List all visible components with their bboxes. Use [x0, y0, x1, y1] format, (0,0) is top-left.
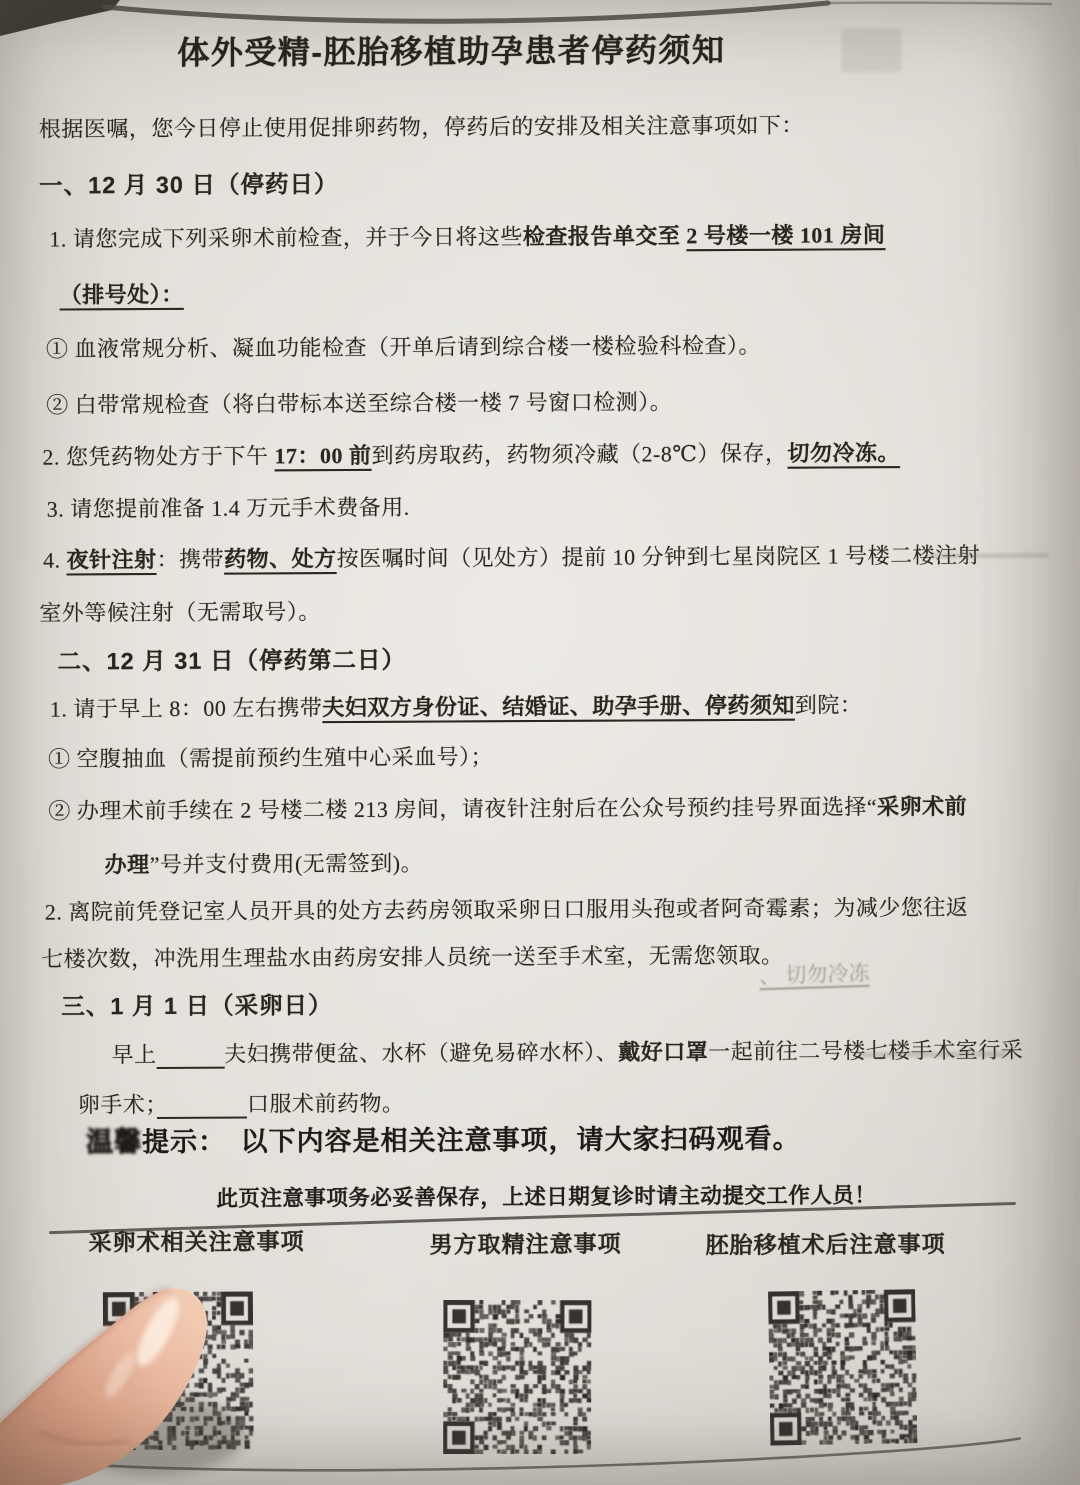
paragraph: 2. 离院前凭登记室人员开具的处方去药房领取采卵日口服用头孢或者阿奇霉素；为减少… — [45, 891, 969, 927]
show-through-mark — [929, 553, 1049, 558]
section-2-heading: 二、12 月 31 日（停药第二日） — [57, 641, 406, 677]
show-through-mark: 、 切勿冷冻 — [759, 957, 870, 990]
photo-background: 体外受精-胚胎移植助孕患者停药须知 根据医嘱，您今日停止使用促排卵药物，停药后的… — [0, 0, 1080, 1485]
qr-label-embryo-transfer: 胚胎移植术后注意事项 — [706, 1226, 946, 1260]
paper-sheet: 体外受精-胚胎移植助孕患者停药须知 根据医嘱，您今日停止使用促排卵药物，停药后的… — [0, 0, 1080, 1485]
warm-tip-line: 温馨提示： 以下内容是相关注意事项，请大家扫码观看。 — [86, 1117, 801, 1160]
section-1-heading: 一、12 月 30 日（停药日） — [39, 165, 339, 201]
paragraph: 4. 夜针注射：携带药物、处方按医嘱时间（见处方）提前 10 分钟到七星岗院区 … — [43, 539, 980, 575]
paragraph: 室外等候注射（无需取号）。 — [39, 595, 321, 627]
qr-code — [443, 1300, 591, 1454]
list-item-circled-2: ② 办理术前手续在 2 号楼二楼 213 房间，请夜针注射后在公众号预约挂号界面… — [48, 790, 967, 826]
paragraph: （排号处）： — [60, 278, 184, 310]
document-title: 体外受精-胚胎移植助孕患者停药须知 — [101, 25, 801, 75]
paragraph: 七楼次数，冲洗用生理盐水由药房安排人员统一送至手术室，无需您领取。 — [41, 939, 784, 974]
paragraph: 办理”号并支付费用(无需签到)。 — [105, 847, 424, 880]
paragraph: 3. 请您提前准备 1.4 万元手术费备用. — [47, 491, 410, 524]
qr-label-egg-retrieval: 采卵术相关注意事项 — [89, 1223, 305, 1257]
qr-code — [103, 1292, 254, 1451]
list-item-circled-1: ① 血液常规分析、凝血功能检查（开单后请到综合楼一楼检验科检查）。 — [46, 329, 761, 364]
qr-code — [768, 1289, 917, 1445]
section-3-heading: 三、1 月 1 日（采卵日） — [61, 986, 332, 1021]
list-item-circled-1: ① 空腹抽血（需提前预约生殖中心采血号）； — [48, 740, 493, 773]
list-item-circled-2: ② 白带常规检查（将白带标本送至综合楼一楼 7 号窗口检测）。 — [46, 385, 672, 419]
show-through-mark — [841, 28, 901, 72]
qr-label-sperm-collection: 男方取精注意事项 — [430, 1226, 622, 1260]
keep-notice-line: 此页注意事项务必妥善保存，上述日期复诊时请主动提交工作人员！ — [216, 1178, 876, 1212]
show-through-mark — [858, 1052, 1008, 1058]
paragraph: 2. 您凭药物处方于下午 17：00 前到药房取药，药物须冷藏（2-8℃）保存，… — [42, 436, 900, 471]
paragraph: 1. 请您完成下列采卵术前检查，并于今日将这些检查报告单交至 2 号楼一楼 10… — [49, 218, 885, 253]
paragraph: 1. 请于早上 8：00 左右携带夫妇双方身份证、结婚证、助孕手册、停药须知到院… — [50, 688, 863, 723]
intro-paragraph: 根据医嘱，您今日停止使用促排卵药物，停药后的安排及相关注意事项如下： — [39, 109, 804, 144]
paragraph: 卵手术； 口服术前药物。 — [78, 1087, 405, 1120]
